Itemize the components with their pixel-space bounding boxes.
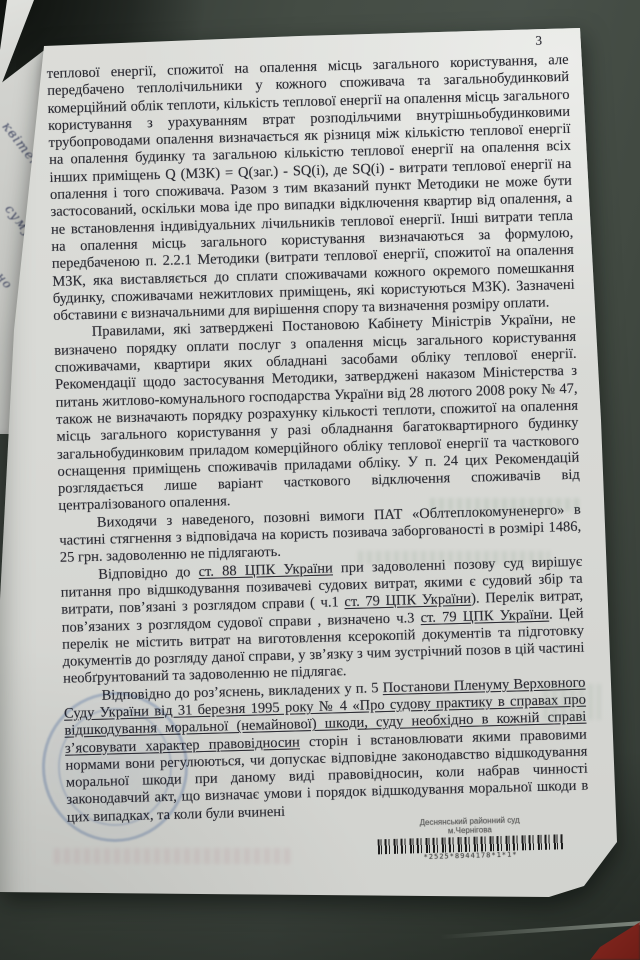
paragraph-2: Правилами, які затверджені Постановою Ка… xyxy=(54,311,581,515)
bleed-through-text xyxy=(430,498,580,511)
legal-reference: ст. 79 ЦПК України xyxy=(344,591,471,610)
paragraph-text: Правилами, які затверджені Постановою Ка… xyxy=(54,311,580,514)
court-stamp: Деснянський районний суд м.Чернігова *25… xyxy=(367,814,573,864)
legal-reference: ст. 88 ЦПК України xyxy=(198,560,333,580)
photo-stage: квітен суму но і 3 теплової енергії, спо… xyxy=(0,0,640,960)
round-blue-stamp xyxy=(42,692,188,842)
paragraph-1: теплової енергії, спожитої на опалення м… xyxy=(47,52,576,325)
bleed-through-text xyxy=(358,551,550,564)
paragraph-text: Відповідно до xyxy=(98,564,199,583)
bleed-through-text xyxy=(54,848,292,864)
legal-reference: ст. 79 ЦПК України xyxy=(420,606,549,625)
bleed-through-text xyxy=(543,684,601,720)
paragraph-4: Відповідно до ст. 88 ЦПК України при зад… xyxy=(60,553,585,688)
paragraph-text: теплової енергії, спожитої на опалення м… xyxy=(47,52,575,324)
